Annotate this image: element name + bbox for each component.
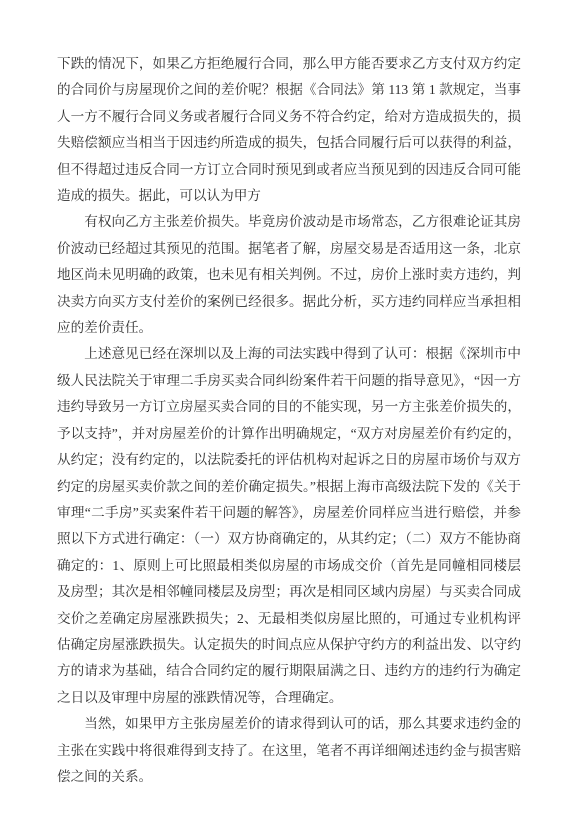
paragraph-claim-price-difference: 有权向乙方主张差价损失。毕竟房价波动是市场常态，乙方很难论证其房价波动已经超过其…	[57, 209, 521, 341]
paragraph-conclusion: 当然，如果甲方主张房屋差价的请求得到认可的话，那么其要求违约金的主张在实践中将很…	[57, 711, 521, 790]
paragraph-shenzhen-shanghai-practice: 上述意见已经在深圳以及上海的司法实践中得到了认可：根据《深圳市中级人民法院关于审…	[57, 341, 521, 711]
paragraph-continuation: 下跌的情况下，如果乙方拒绝履行合同，那么甲方能否要求乙方支付双方约定的合同价与房…	[57, 51, 521, 209]
document-body: 下跌的情况下，如果乙方拒绝履行合同，那么甲方能否要求乙方支付双方约定的合同价与房…	[57, 51, 521, 790]
document-page: 下跌的情况下，如果乙方拒绝履行合同，那么甲方能否要求乙方支付双方约定的合同价与房…	[0, 0, 578, 818]
